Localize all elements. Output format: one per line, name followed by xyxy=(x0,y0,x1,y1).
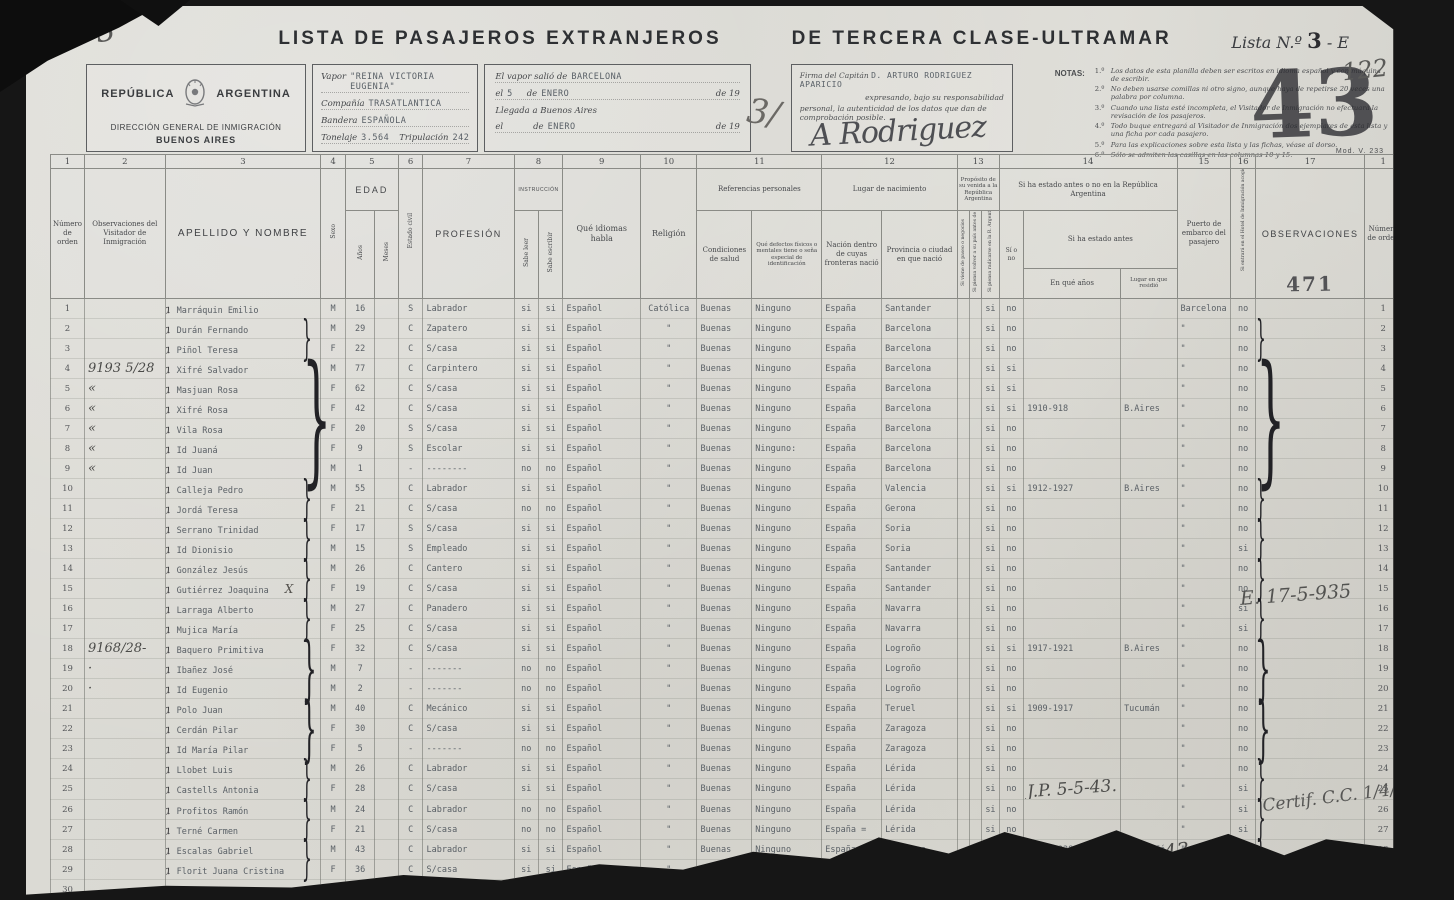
cell-p1 xyxy=(957,840,969,860)
cell-obs: · xyxy=(84,679,165,699)
cell-o17 xyxy=(1255,459,1364,479)
cell-p1 xyxy=(957,559,969,579)
cell-o17 xyxy=(1255,719,1364,739)
cell-rel: " xyxy=(641,579,697,599)
cell-sn: no xyxy=(999,659,1024,679)
cell-lee: si xyxy=(514,419,538,439)
cell-obs xyxy=(84,559,165,579)
cell-sal: Buenas xyxy=(697,559,752,579)
cell-prof: S/casa xyxy=(423,399,514,419)
cell-hot: no xyxy=(1231,699,1256,719)
cell-ec: C xyxy=(398,800,423,820)
passenger-rows: 1aMarráquin EmilioM16SLabradorsisiEspaño… xyxy=(51,299,1402,900)
cell-hot: si xyxy=(1231,539,1256,559)
cell-n: 26 xyxy=(51,800,85,820)
colnum-4: 4 xyxy=(321,155,346,169)
cell-ec: C xyxy=(398,880,423,900)
departure-port: BARCELONA xyxy=(571,72,622,82)
cell-p3: si xyxy=(982,319,999,339)
cell-ea xyxy=(1024,719,1121,739)
visitor-check-mark: a xyxy=(165,341,177,357)
cell-lr: Tucumán xyxy=(1121,699,1177,719)
cell-sexo: F xyxy=(321,339,346,359)
cell-prov: Barcelona xyxy=(882,439,958,459)
cell-lee: si xyxy=(514,619,538,639)
visitor-check-mark: a xyxy=(165,842,177,858)
cell-lee: si xyxy=(514,599,538,619)
cell-rel: " xyxy=(641,419,697,439)
cell-esc: no xyxy=(538,739,562,759)
cell-p1 xyxy=(957,719,969,739)
cell-rel: " xyxy=(641,499,697,519)
cell-prof: Zapatero xyxy=(423,319,514,339)
passenger-name: González Jesús xyxy=(177,566,249,576)
cell-m xyxy=(375,499,398,519)
cell-lr xyxy=(1121,800,1177,820)
cell-def: Ninguno xyxy=(752,339,822,359)
cell-sn: no xyxy=(999,880,1024,900)
cell-m xyxy=(375,519,398,539)
cell-rel: " xyxy=(641,779,697,800)
cell-n: 22 xyxy=(51,719,85,739)
cell-idi: Español xyxy=(563,519,641,539)
cell-hot: no xyxy=(1231,499,1256,519)
header-nacimiento: Lugar de nacimiento xyxy=(822,169,958,211)
cell-lee: si xyxy=(514,379,538,399)
org-ciudad: BUENOS AIRES xyxy=(87,135,305,145)
table-row: 7«aVila RosaF20SS/casasisiEspañol"Buenas… xyxy=(51,419,1402,439)
cell-rel: " xyxy=(641,699,697,719)
cell-p3: si xyxy=(982,399,999,419)
cell-sexo: M xyxy=(321,840,346,860)
cell-ec: C xyxy=(398,779,423,800)
cell-nac: España xyxy=(822,759,882,779)
cell-n2: 21 xyxy=(1365,699,1402,719)
cell-p3: si xyxy=(982,779,999,800)
cell-sexo: F xyxy=(321,419,346,439)
table-row: 20·aId EugenioM2--------nonoEspañol"Buen… xyxy=(51,679,1402,699)
cell-p3: si xyxy=(982,599,999,619)
cell-a: 36 xyxy=(345,860,375,880)
cell-p1 xyxy=(957,579,969,599)
header-si-o-no: Sí o no xyxy=(999,211,1024,299)
cell-obs: · xyxy=(84,659,165,679)
cell-n2: 6 xyxy=(1365,399,1402,419)
cell-hot: no xyxy=(1231,379,1256,399)
cell-sexo: F xyxy=(321,639,346,659)
cell-sal: Buenas xyxy=(697,679,752,699)
cell-sexo: M xyxy=(321,679,346,699)
cell-ea xyxy=(1024,559,1121,579)
cell-idi: Español xyxy=(563,379,641,399)
cell-o17 xyxy=(1255,299,1364,319)
cell-prof: ------- xyxy=(423,679,514,699)
cell-lee: si xyxy=(514,860,538,880)
cell-n2: 11 xyxy=(1365,499,1402,519)
cell-lee: si xyxy=(514,439,538,459)
cell-name: aLarraga Alberto xyxy=(165,599,321,619)
cell-p2 xyxy=(970,319,982,339)
cell-p1 xyxy=(957,539,969,559)
visitor-check-mark: a xyxy=(165,641,177,657)
cell-sn: si xyxy=(999,479,1024,499)
header-numero: Número de orden xyxy=(51,169,85,299)
cell-p1 xyxy=(957,659,969,679)
cell-hot: no xyxy=(1231,659,1256,679)
colnum-10: 10 xyxy=(641,155,697,169)
cell-a: 20 xyxy=(345,419,375,439)
cell-hot: no xyxy=(1231,840,1256,860)
cell-pto: " xyxy=(1177,860,1231,880)
cell-sn: no xyxy=(999,719,1024,739)
cell-lr xyxy=(1121,659,1177,679)
cell-n2: 12 xyxy=(1365,519,1402,539)
cell-ea xyxy=(1024,379,1121,399)
cell-sal: Buenas xyxy=(697,599,752,619)
cell-nac: España xyxy=(822,559,882,579)
cell-obs xyxy=(84,719,165,739)
cell-a: 5 xyxy=(345,739,375,759)
visitor-check-mark: a xyxy=(165,541,177,557)
cell-prov: Barcelona xyxy=(882,359,958,379)
cell-lee: si xyxy=(514,399,538,419)
cell-lee: si xyxy=(514,539,538,559)
cell-sal: Buenas xyxy=(697,619,752,639)
cell-o17 xyxy=(1255,379,1364,399)
visitor-observation-handwritten: « xyxy=(88,441,96,456)
cell-n2: 24 xyxy=(1365,759,1402,779)
cell-nac: España xyxy=(822,459,882,479)
cell-sexo: F xyxy=(321,739,346,759)
cell-a: 17 xyxy=(345,519,375,539)
cell-pto: " xyxy=(1177,779,1231,800)
header-anios: Años xyxy=(345,211,375,299)
cell-p1 xyxy=(957,519,969,539)
cell-name: aSerrano Trinidad xyxy=(165,519,321,539)
cell-p3: si xyxy=(982,519,999,539)
cell-p2 xyxy=(970,679,982,699)
cell-p3: si xyxy=(982,299,999,319)
cell-def: Ninguno xyxy=(752,800,822,820)
cell-p1 xyxy=(957,880,969,900)
cell-obs xyxy=(84,299,165,319)
cell-idi: Español xyxy=(563,579,641,599)
cell-prov: Teruel xyxy=(882,699,958,719)
cell-nac: España xyxy=(822,319,882,339)
cell-n: 11 xyxy=(51,499,85,519)
cell-n: 18 xyxy=(51,639,85,659)
colnum-13: 13 xyxy=(957,155,999,169)
cell-o17 xyxy=(1255,399,1364,419)
cell-o17 xyxy=(1255,559,1364,579)
cell-p1 xyxy=(957,419,969,439)
cell-rel: " xyxy=(641,519,697,539)
header-sabe-leer: Sabe leer xyxy=(514,211,538,299)
cell-n: 19 xyxy=(51,659,85,679)
cell-m xyxy=(375,579,398,599)
passenger-name: Florit Juana Cristina xyxy=(177,867,284,877)
cell-ea xyxy=(1024,359,1121,379)
cell-n: 9 xyxy=(51,459,85,479)
cell-n2: 1 xyxy=(1365,299,1402,319)
cell-obs xyxy=(84,519,165,539)
cell-p2 xyxy=(970,599,982,619)
cell-p3: si xyxy=(982,739,999,759)
cell-obs xyxy=(84,779,165,800)
visitor-check-mark: a xyxy=(165,461,177,477)
cell-p1 xyxy=(957,299,969,319)
cell-a: 22 xyxy=(345,339,375,359)
cell-ea xyxy=(1024,539,1121,559)
header-estado-civil: Estado civil xyxy=(398,169,423,299)
cell-sn: no xyxy=(999,759,1024,779)
cell-n2: 28 xyxy=(1365,840,1402,860)
cell-pto: " xyxy=(1177,679,1231,699)
visitor-check-mark: a xyxy=(165,581,177,597)
cell-ea xyxy=(1024,459,1121,479)
cell-esc: si xyxy=(538,599,562,619)
cell-sn: si xyxy=(999,359,1024,379)
cell-sexo: F xyxy=(321,499,346,519)
colnum-12: 12 xyxy=(822,155,958,169)
cell-esc: si xyxy=(538,759,562,779)
cell-sn: no xyxy=(999,820,1024,840)
cell-a: 21 xyxy=(345,820,375,840)
cell-def: Ninguno xyxy=(752,719,822,739)
cell-prov: Barcelona xyxy=(882,459,958,479)
ship-name: "REINA VICTORIA EUGENIA" xyxy=(350,72,469,92)
cell-sn: no xyxy=(999,539,1024,559)
header-observaciones: OBSERVACIONES 471 xyxy=(1255,169,1364,299)
cell-m xyxy=(375,599,398,619)
cell-prof: Panadero xyxy=(423,599,514,619)
cell-name: aXifré Salvador xyxy=(165,359,321,379)
cell-m xyxy=(375,739,398,759)
cell-a: 40 xyxy=(345,699,375,719)
cell-lee: si xyxy=(514,779,538,800)
passenger-name: Masjuan Rosa xyxy=(177,386,238,396)
cell-sn: no xyxy=(999,459,1024,479)
cell-nac: España xyxy=(822,539,882,559)
cell-nac: España xyxy=(822,379,882,399)
cell-sexo: M xyxy=(321,359,346,379)
cell-n: 10 xyxy=(51,479,85,499)
table-row: 14aGonzález JesúsM26CCanterosisiEspañol"… xyxy=(51,559,1402,579)
cell-ec: S xyxy=(398,439,423,459)
cell-sal: Buenas xyxy=(697,820,752,840)
cell-p3: si xyxy=(982,539,999,559)
visitor-check-mark: a xyxy=(165,381,177,397)
cell-sal: Buenas xyxy=(697,439,752,459)
handwritten-box-mark: 3/ xyxy=(744,91,782,135)
cell-lr xyxy=(1121,719,1177,739)
header-proposito-2: Si piensa volver a su país antes de un a… xyxy=(970,211,982,299)
cell-name: aLlobet Luis xyxy=(165,759,321,779)
cell-p1 xyxy=(957,699,969,719)
visitor-observation-handwritten: 9193 5/28 xyxy=(88,361,154,376)
cell-m xyxy=(375,439,398,459)
cell-esc: no xyxy=(538,659,562,679)
cell-ea: J.P. 5-5-43. xyxy=(1024,779,1121,800)
table-row: 24aLlobet LuisM26CLabradorsisiEspañol"Bu… xyxy=(51,759,1402,779)
passenger-name: Mujica María xyxy=(177,626,238,636)
cell-obs: « xyxy=(84,439,165,459)
header-edad: EDAD xyxy=(345,169,398,211)
cell-ec: C xyxy=(398,820,423,840)
cell-def: Ninguno xyxy=(752,779,822,800)
cell-n2: 13 xyxy=(1365,539,1402,559)
cell-def: Ninguno xyxy=(752,619,822,639)
cell-p1 xyxy=(957,359,969,379)
cell-obs xyxy=(84,759,165,779)
cell-nac: Italia xyxy=(822,860,882,880)
cell-hot: no xyxy=(1231,559,1256,579)
cell-rel: " xyxy=(641,539,697,559)
cell-sn: si xyxy=(999,639,1024,659)
cell-prof: S/casa xyxy=(423,379,514,399)
cell-pto: " xyxy=(1177,539,1231,559)
cell-idi: Español xyxy=(563,619,641,639)
cell-p3: si xyxy=(982,499,999,519)
cell-idi: Español xyxy=(563,459,641,479)
header-religion: Religión xyxy=(641,169,697,299)
voyage-box: El vapor salió deBARCELONA el5 deENERO d… xyxy=(484,64,750,152)
cell-name: aCastells Antonia xyxy=(165,779,321,800)
cell-lr xyxy=(1121,299,1177,319)
cell-p2 xyxy=(970,379,982,399)
header-apellido-nombre: APELLIDO Y NOMBRE xyxy=(165,169,321,299)
cell-esc: no xyxy=(538,459,562,479)
visitor-check-mark: a xyxy=(165,741,177,757)
cell-n2: 22 xyxy=(1365,719,1402,739)
cell-sal: Buenas xyxy=(697,739,752,759)
cell-name: aTerné Carmen xyxy=(165,820,321,840)
cell-o17 xyxy=(1255,619,1364,639)
cell-pto: " xyxy=(1177,319,1231,339)
cell-lr xyxy=(1121,519,1177,539)
cell-pto: " xyxy=(1177,519,1231,539)
cell-prof: S/casa xyxy=(423,639,514,659)
cell-ec: C xyxy=(398,619,423,639)
cell-sn: no xyxy=(999,579,1024,599)
cell-obs xyxy=(84,880,165,900)
cell-n2: 23 xyxy=(1365,739,1402,759)
table-row: 17aMujica MaríaF25CS/casasisiEspañol"Bue… xyxy=(51,619,1402,639)
cell-def: Ninguno xyxy=(752,820,822,840)
colnum-3: 3 xyxy=(165,155,321,169)
cell-pto: " xyxy=(1177,599,1231,619)
cell-sexo: M xyxy=(321,299,346,319)
colnum-1: 1 xyxy=(51,155,85,169)
cell-obs xyxy=(84,499,165,519)
cell-n: 16 xyxy=(51,599,85,619)
cell-prov: Barcelona xyxy=(882,379,958,399)
cell-ea xyxy=(1024,339,1121,359)
colnum-11: 11 xyxy=(697,155,822,169)
cell-obs xyxy=(84,820,165,840)
cell-obs: « xyxy=(84,399,165,419)
visitor-check-mark: a xyxy=(165,481,177,497)
arrival-month: ENERO xyxy=(548,122,576,132)
cell-prov: Baleares xyxy=(882,840,958,860)
colnum-2: 2 xyxy=(84,155,165,169)
cell-hot: si xyxy=(1231,880,1256,900)
cell-prov: Barcelona xyxy=(882,339,958,359)
cell-sal: Buenas xyxy=(697,759,752,779)
cell-prof: S/casa xyxy=(423,519,514,539)
cell-idi: Español xyxy=(563,399,641,419)
cell-sn: no xyxy=(999,499,1024,519)
cell-esc: si xyxy=(538,399,562,419)
cell-sn: no xyxy=(999,739,1024,759)
cell-n: 17 xyxy=(51,619,85,639)
cell-name: aPolo Juan xyxy=(165,699,321,719)
cell-ea xyxy=(1024,499,1121,519)
cell-sexo: F xyxy=(321,519,346,539)
cell-ea: 1905-1928 xyxy=(1024,860,1121,880)
cell-a: 32 xyxy=(345,639,375,659)
header-proposito: Propósito de su venida a la República Ar… xyxy=(957,169,999,211)
cell-lee: no xyxy=(514,880,538,900)
cell-n: 14 xyxy=(51,559,85,579)
visitor-check-mark: a xyxy=(165,561,177,577)
cell-nac: España xyxy=(822,479,882,499)
cell-ea: 1905-1928 xyxy=(1024,840,1121,860)
cell-a: 26 xyxy=(345,759,375,779)
cell-lee: si xyxy=(514,359,538,379)
cell-lr xyxy=(1121,559,1177,579)
passenger-name: Vila Rosa xyxy=(177,426,223,436)
cell-nac: España xyxy=(822,639,882,659)
cell-sn: si xyxy=(999,860,1024,880)
visitor-check-mark: a xyxy=(165,781,177,797)
cell-name: aEscalas Gabriel xyxy=(165,840,321,860)
cell-esc: si xyxy=(538,439,562,459)
cell-prof: ------- xyxy=(423,739,514,759)
cell-lee: si xyxy=(514,559,538,579)
cell-idi: Español xyxy=(563,339,641,359)
cell-prov: Valencia xyxy=(882,479,958,499)
cell-nac: España xyxy=(822,800,882,820)
cell-lee: si xyxy=(514,319,538,339)
colnum-9: 9 xyxy=(563,155,641,169)
captain-box: Firma del Capitán D. ARTURO RODRIGUEZ AP… xyxy=(791,64,1013,152)
cell-def: Ninguno xyxy=(752,519,822,539)
cell-m xyxy=(375,399,398,419)
cell-def: Ninguno xyxy=(752,759,822,779)
cell-n2: 2 xyxy=(1365,319,1402,339)
cell-prof: S/casa xyxy=(423,419,514,439)
cell-pto: " xyxy=(1177,699,1231,719)
cell-esc: si xyxy=(538,860,562,880)
passenger-name: Profitos Ramón xyxy=(177,807,249,817)
cell-m xyxy=(375,539,398,559)
cell-rel: " xyxy=(641,880,697,900)
cell-p2 xyxy=(970,699,982,719)
cell-lr xyxy=(1121,820,1177,840)
table-header: 1 2 3 4 5 6 7 8 9 10 11 12 13 14 15 16 1 xyxy=(51,155,1402,299)
cell-p1 xyxy=(957,619,969,639)
cell-name: aId Juan xyxy=(165,459,321,479)
cell-o17 xyxy=(1255,840,1364,860)
cell-n2: 19 xyxy=(1365,659,1402,679)
cell-name: aDurán Fernando xyxy=(165,319,321,339)
cell-sexo: F xyxy=(321,439,346,459)
cell-prof: -------- xyxy=(423,459,514,479)
cell-p2 xyxy=(970,339,982,359)
passenger-name: Terné Carmen xyxy=(177,827,238,837)
cell-lr xyxy=(1121,619,1177,639)
